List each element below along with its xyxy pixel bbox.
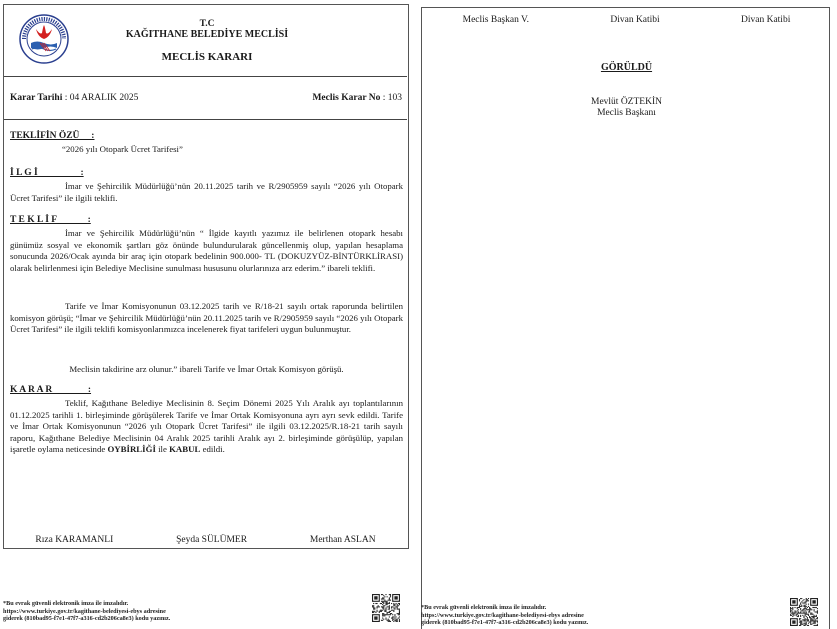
- commission-closing-text: Meclisin takdirine arz olunur.” ibareli …: [10, 364, 403, 376]
- decision-number: Meclis Karar No : 103: [312, 93, 402, 103]
- council-president: Mevlüt ÖZTEKİN Meclis Başkanı: [422, 97, 831, 119]
- header-tc: T.C: [4, 19, 410, 29]
- president-title: Meclis Başkanı: [422, 108, 831, 119]
- decision-page-2: Meclis Başkan V. Divan Katibi Divan Kati…: [421, 7, 830, 629]
- proposal-summary: “2026 yılı Otopark Ücret Tarifesi”: [62, 144, 402, 156]
- signature-titles-row: Meclis Başkan V. Divan Katibi Divan Kati…: [422, 15, 831, 25]
- meta-divider: [4, 119, 407, 120]
- signature-title: Divan Katibi: [741, 15, 790, 25]
- signature-row: Rıza KARAMANLI Şeyda SÜLÜMER Merthan ASL…: [4, 535, 407, 545]
- document-title: MECLİS KARARI: [4, 51, 410, 63]
- e-signature-note: *Bu evrak güvenli elektronik imza ile im…: [421, 604, 588, 627]
- signature-name: Rıza KARAMANLI: [35, 535, 113, 545]
- proposal-text: İmar ve Şehircilik Müdürlüğü’nün “ İlgid…: [10, 228, 403, 274]
- verification-link[interactable]: https://www.turkiye.gov.tr/kagithane-bel…: [421, 612, 588, 620]
- section-heading-teklif: T E K L İ F :: [10, 215, 91, 225]
- signature-name: Şeyda SÜLÜMER: [176, 535, 247, 545]
- section-heading-teklifin-ozu: TEKLİFİN ÖZÜ :: [10, 131, 94, 141]
- unanimous-label: OYBİRLİĞİ: [107, 444, 155, 454]
- signature-title: Meclis Başkan V.: [463, 15, 529, 25]
- signature-name: Merthan ASLAN: [310, 535, 376, 545]
- commission-opinion-text: Tarife ve İmar Komisyonunun 03.12.2025 t…: [10, 301, 403, 336]
- qr-code-icon: [372, 594, 400, 622]
- qr-code-icon: [790, 598, 818, 626]
- decision-text: Teklif, Kağıthane Belediye Meclisinin 8.…: [10, 398, 403, 456]
- verification-link[interactable]: https://www.turkiye.gov.tr/kagithane-bel…: [3, 608, 170, 616]
- decision-page-1: T.C KAĞITHANE BELEDİYE MECLİSİ MECLİS KA…: [3, 4, 409, 549]
- header-divider: [4, 76, 407, 77]
- header-council-name: KAĞITHANE BELEDİYE MECLİSİ: [4, 29, 410, 40]
- section-heading-ilgi: İ L G İ :: [10, 168, 84, 178]
- president-name: Mevlüt ÖZTEKİN: [422, 97, 831, 108]
- decision-meta-row: Karar Tarihi : 04 ARALIK 2025 Meclis Kar…: [10, 93, 402, 103]
- decision-date: Karar Tarihi : 04 ARALIK 2025: [10, 93, 138, 103]
- e-signature-note: *Bu evrak güvenli elektronik imza ile im…: [3, 600, 170, 623]
- seen-label: GÖRÜLDÜ: [422, 62, 831, 73]
- reference-text: İmar ve Şehircilik Müdürlüğü’nün 20.11.2…: [10, 181, 403, 204]
- section-heading-karar: K A R A R :: [10, 385, 91, 395]
- signature-title: Divan Katibi: [610, 15, 659, 25]
- accepted-label: KABUL: [169, 444, 200, 454]
